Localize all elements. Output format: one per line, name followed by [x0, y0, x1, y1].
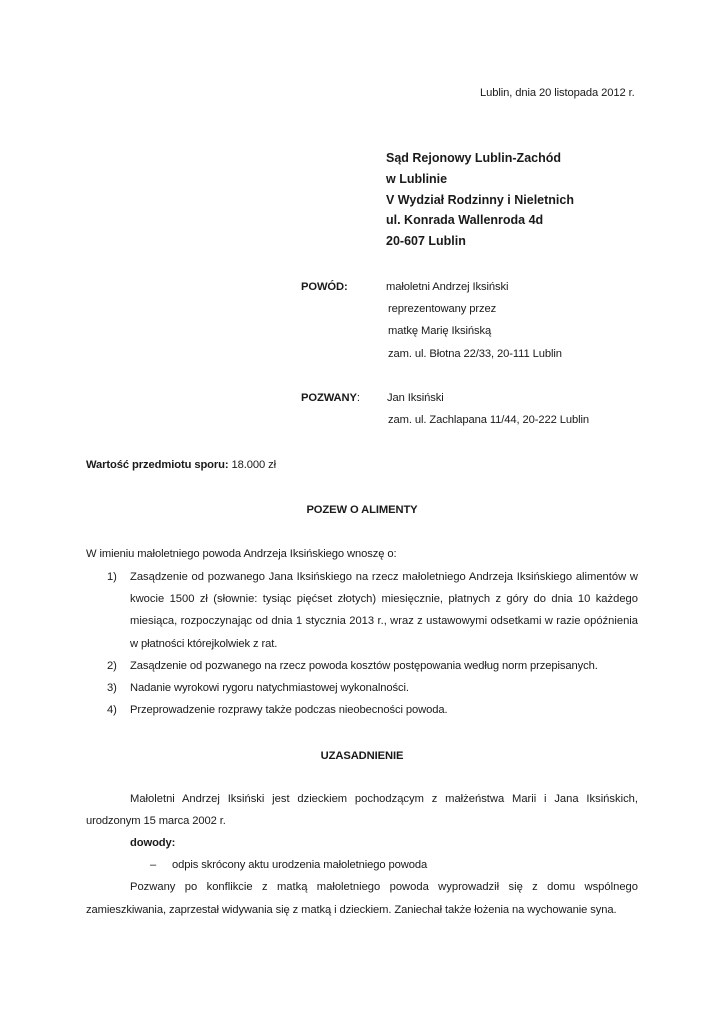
request-number: 2) [107, 660, 117, 672]
dash-bullet: – [150, 859, 156, 871]
defendant-label-colon: : [357, 392, 360, 404]
request-number: 3) [107, 682, 117, 694]
defendant-label-text: POZWANY [301, 392, 357, 404]
request-line: w płatności którejkolwiek z rat. [130, 638, 277, 650]
evidence-label: dowody: [130, 837, 175, 849]
request-line: Nadanie wyrokowi rygoru natychmiastowej … [130, 682, 409, 694]
paragraph-line: urodzonym 15 marca 2002 r. [86, 815, 226, 827]
plaintiff-label: POWÓD: [301, 281, 348, 293]
paragraph-line: Małoletni Andrzej Iksiński jest dzieckie… [130, 793, 638, 805]
document-title: POZEW O ALIMENTY [0, 504, 724, 516]
request-number: 4) [107, 704, 117, 716]
intro-text: W imieniu małoletniego powoda Andrzeja I… [86, 548, 397, 560]
court-line: w Lublinie [386, 172, 447, 186]
request-line: kwocie 1500 zł (słownie: tysiąc pięćset … [130, 593, 638, 605]
justification-title: UZASADNIENIE [0, 750, 724, 762]
court-line: ul. Konrada Wallenroda 4d [386, 213, 543, 227]
request-line: Zasądzenie od pozwanego Jana Iksińskiego… [130, 571, 638, 583]
defendant-line: Jan Iksiński [387, 392, 444, 404]
dispute-value: Wartość przedmiotu sporu: 18.000 zł [86, 459, 276, 471]
request-line: miesiąca, rozpoczynając od dnia 1 styczn… [130, 615, 638, 627]
request-line: Przeprowadzenie rozprawy także podczas n… [130, 704, 447, 716]
plaintiff-line: zam. ul. Błotna 22/33, 20-111 Lublin [388, 348, 562, 360]
evidence-item: odpis skrócony aktu urodzenia małoletnie… [172, 859, 427, 871]
place-date: Lublin, dnia 20 listopada 2012 r. [480, 87, 635, 99]
dispute-value-amount: 18.000 zł [229, 459, 277, 471]
plaintiff-line: małoletni Andrzej Iksiński [386, 281, 508, 293]
court-line: V Wydział Rodzinny i Nieletnich [386, 193, 574, 207]
request-number: 1) [107, 571, 117, 583]
dispute-value-label: Wartość przedmiotu sporu: [86, 459, 229, 471]
paragraph-line: zamieszkiwania, zaprzestał widywania się… [86, 904, 616, 916]
plaintiff-line: matkę Marię Iksińską [388, 325, 491, 337]
court-line: Sąd Rejonowy Lublin-Zachód [386, 151, 561, 165]
court-line: 20-607 Lublin [386, 234, 466, 248]
request-line: Zasądzenie od pozwanego na rzecz powoda … [130, 660, 598, 672]
defendant-line: zam. ul. Zachlapana 11/44, 20-222 Lublin [388, 414, 589, 426]
paragraph-line: Pozwany po konflikcie z matką małoletnie… [130, 881, 638, 893]
plaintiff-line: reprezentowany przez [388, 303, 496, 315]
defendant-label: POZWANY: [301, 392, 360, 404]
